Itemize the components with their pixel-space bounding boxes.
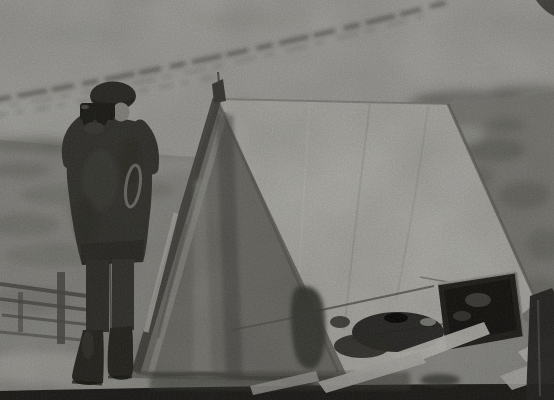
photo-grain: Photographic halftone grain bbox=[0, 0, 554, 400]
photograph: Overcast sky Diagonal ridge streaks in s… bbox=[0, 0, 554, 400]
